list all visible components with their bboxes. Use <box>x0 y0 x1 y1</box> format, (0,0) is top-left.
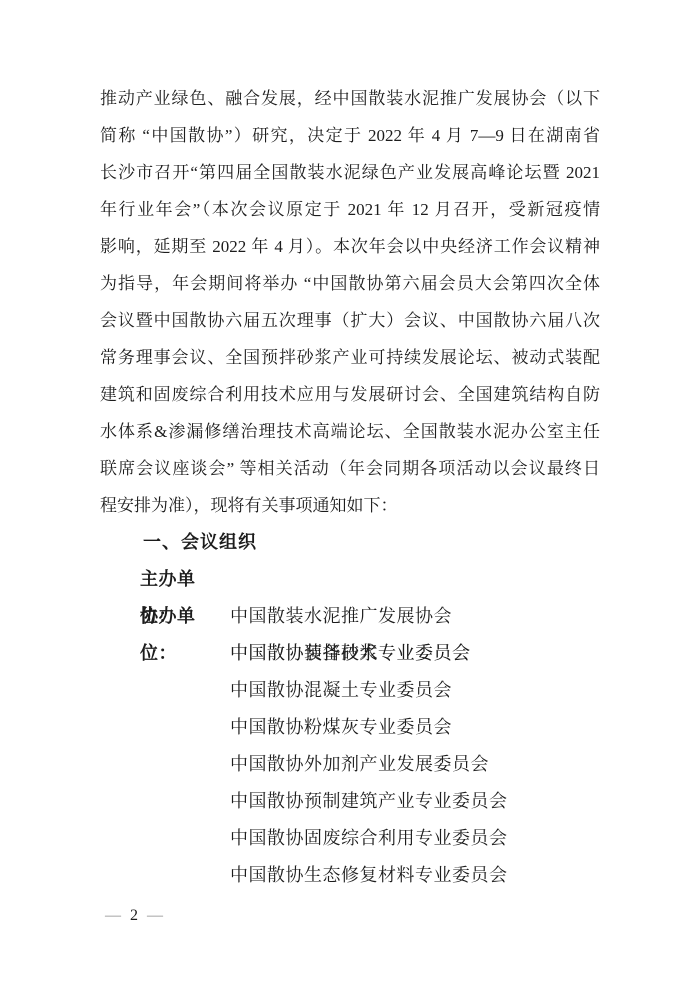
body-line: 为指导，年会期间将举办 “中国散协第六届会员大会第四次全体 <box>100 265 600 302</box>
co-organizer-label: 协办单位： <box>140 598 230 672</box>
co-organizer-item: 中国散协固废综合利用专业委员会 <box>100 820 600 857</box>
body-line: 影响，延期至 2022 年 4 月）。本次年会以中央经济工作会议精神 <box>100 228 600 265</box>
co-organizer-item: 中国散协生态修复材料专业委员会 <box>100 857 600 894</box>
co-organizer-item: 中国散协混凝土专业委员会 <box>100 672 600 709</box>
document-page: 推动产业绿色、融合发展，经中国散装水泥推广发展协会（以下 简称 “中国散协”）研… <box>0 0 700 990</box>
co-organizer-item: 中国散协外加剂产业发展委员会 <box>100 746 600 783</box>
body-line: 联席会议座谈会” 等相关活动（年会同期各项活动以会议最终日 <box>100 450 600 487</box>
body-line: 年行业年会”（本次会议原定于 2021 年 12 月召开，受新冠疫情 <box>100 191 600 228</box>
body-line: 常务理事会议、全国预拌砂浆产业可持续发展论坛、被动式装配 <box>100 339 600 376</box>
page-footer: —2— <box>105 906 163 926</box>
co-organizer-row: 协办单位：中国散协预拌砂浆专业委员会 <box>100 598 600 635</box>
footer-dash-right: — <box>147 907 163 924</box>
body-line: 长沙市召开“第四届全国散装水泥绿色产业发展高峰论坛暨 2021 <box>100 154 600 191</box>
body-line: 推动产业绿色、融合发展，经中国散装水泥推广发展协会（以下 <box>100 80 600 117</box>
page-number: 2 <box>130 907 138 924</box>
organizer-row: 主办单位：中国散装水泥推广发展协会 <box>100 561 600 598</box>
body-line: 水体系&渗漏修缮治理技术高端论坛、全国散装水泥办公室主任 <box>100 413 600 450</box>
co-organizer-item: 中国散协粉煤灰专业委员会 <box>100 709 600 746</box>
body-line: 建筑和固废综合利用技术应用与发展研讨会、全国建筑结构自防 <box>100 376 600 413</box>
section-heading: 一、会议组织 <box>100 524 600 561</box>
footer-dash-left: — <box>105 907 121 924</box>
document-content: 推动产业绿色、融合发展，经中国散装水泥推广发展协会（以下 简称 “中国散协”）研… <box>100 80 600 894</box>
body-line: 程安排为准），现将有关事项通知如下： <box>100 487 600 524</box>
body-line: 会议暨中国散协六届五次理事（扩大）会议、中国散协六届八次 <box>100 302 600 339</box>
body-line: 简称 “中国散协”）研究，决定于 2022 年 4 月 7—9 日在湖南省 <box>100 117 600 154</box>
co-organizer-item: 中国散协预制建筑产业专业委员会 <box>100 783 600 820</box>
